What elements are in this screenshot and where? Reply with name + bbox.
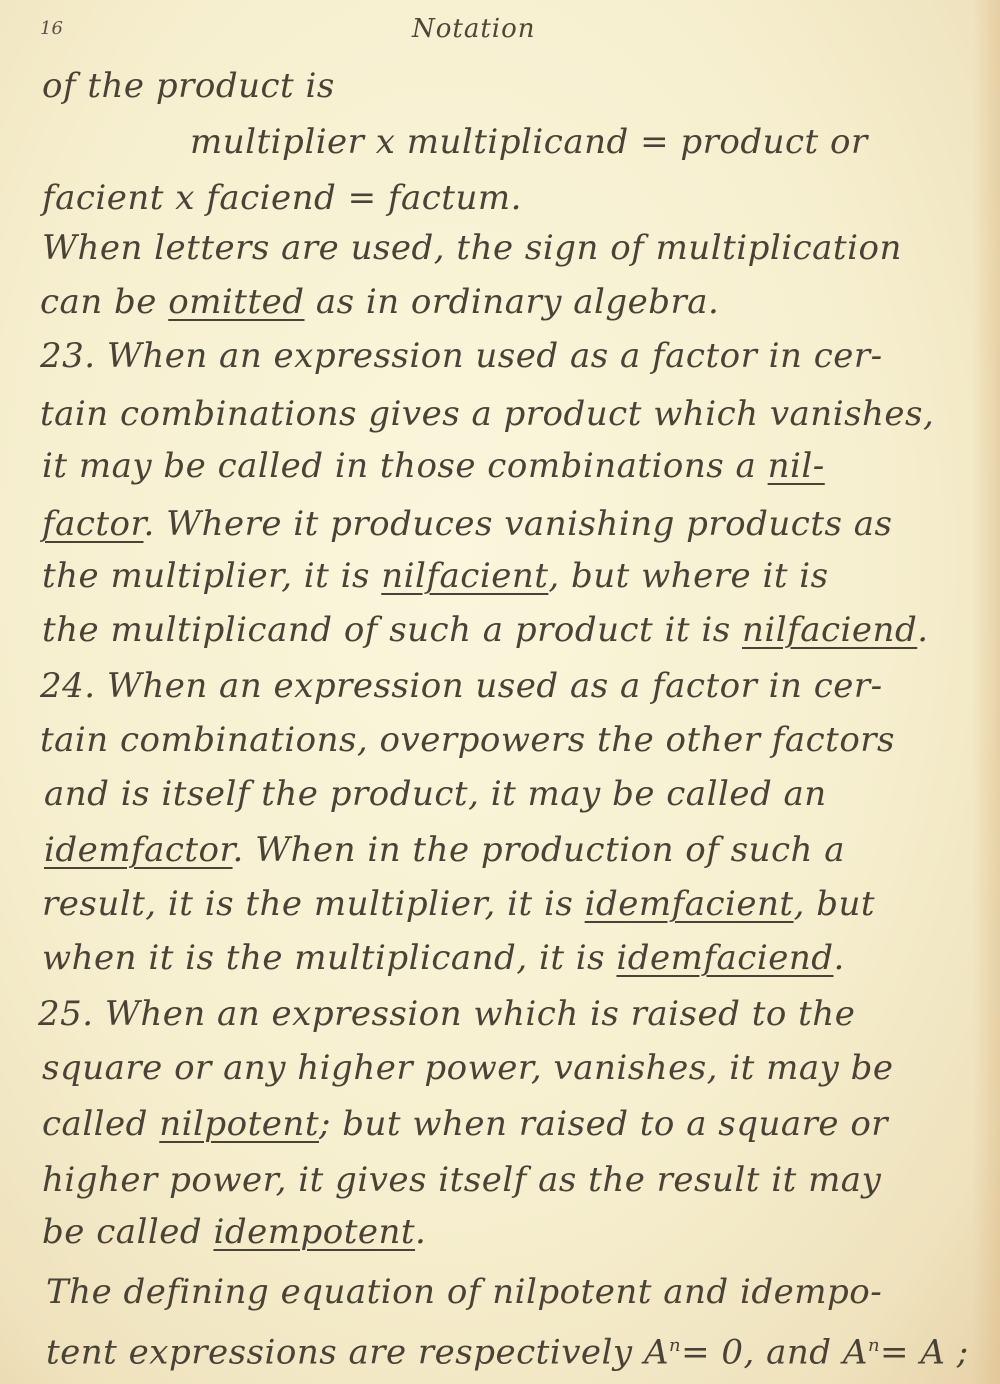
text-line: and is itself the product, it may be cal…: [44, 774, 827, 814]
running-title: Notation: [412, 14, 536, 44]
text-line: The defining equation of nilpotent and i…: [46, 1272, 882, 1312]
equation-line: tent expressions are respectively An= 0,…: [46, 1326, 969, 1372]
text-line: square or any higher power, vanishes, it…: [42, 1048, 894, 1088]
section-25-line: 25. When an expression which is raised t…: [38, 994, 855, 1034]
page-edge-shading: [972, 0, 1000, 1384]
text-line: be called idempotent.: [42, 1212, 426, 1252]
underlined-term: nilfaciend: [742, 610, 917, 650]
text-line: called nilpotent; but when raised to a s…: [42, 1104, 888, 1144]
text-line: of the product is: [42, 66, 335, 106]
section-24-line: 24. When an expression used as a factor …: [40, 666, 883, 706]
text-line: can be omitted as in ordinary algebra.: [40, 282, 719, 322]
underlined-term: factor: [42, 504, 144, 544]
page-number: 16: [40, 18, 63, 39]
text-line: the multiplicand of such a product it is…: [42, 610, 929, 650]
exponent-n: n: [868, 1335, 880, 1356]
underlined-term: idempotent: [213, 1212, 415, 1252]
text-line: it may be called in those combinations a…: [42, 446, 825, 486]
text-line: result, it is the multiplier, it is idem…: [42, 884, 875, 924]
text-line: When letters are used, the sign of multi…: [42, 228, 902, 268]
exponent-n: n: [669, 1335, 681, 1356]
underlined-term: nil-: [768, 446, 825, 486]
text-line: factor. Where it produces vanishing prod…: [42, 504, 893, 544]
underlined-term: idemfactor: [44, 830, 233, 870]
underlined-term: idemfaciend: [616, 938, 833, 978]
underlined-term: idemfacient: [585, 884, 794, 924]
underlined-term: nilfacient: [381, 556, 548, 596]
text-line: higher power, it gives itself as the res…: [42, 1160, 881, 1200]
text-line: facient x faciend = factum.: [42, 178, 522, 218]
text-line: tain combinations gives a product which …: [40, 394, 934, 434]
text-line: when it is the multiplicand, it is idemf…: [42, 938, 845, 978]
text-line: idemfactor. When in the production of su…: [44, 830, 845, 870]
text-line: the multiplier, it is nilfacient, but wh…: [42, 556, 829, 596]
underlined-term: nilpotent: [159, 1104, 319, 1144]
section-23-line: 23. When an expression used as a factor …: [40, 336, 883, 376]
text-line: multiplier x multiplicand = product or: [190, 122, 868, 162]
underlined-term: omitted: [168, 282, 304, 322]
text-line: tain combinations, overpowers the other …: [40, 720, 895, 760]
